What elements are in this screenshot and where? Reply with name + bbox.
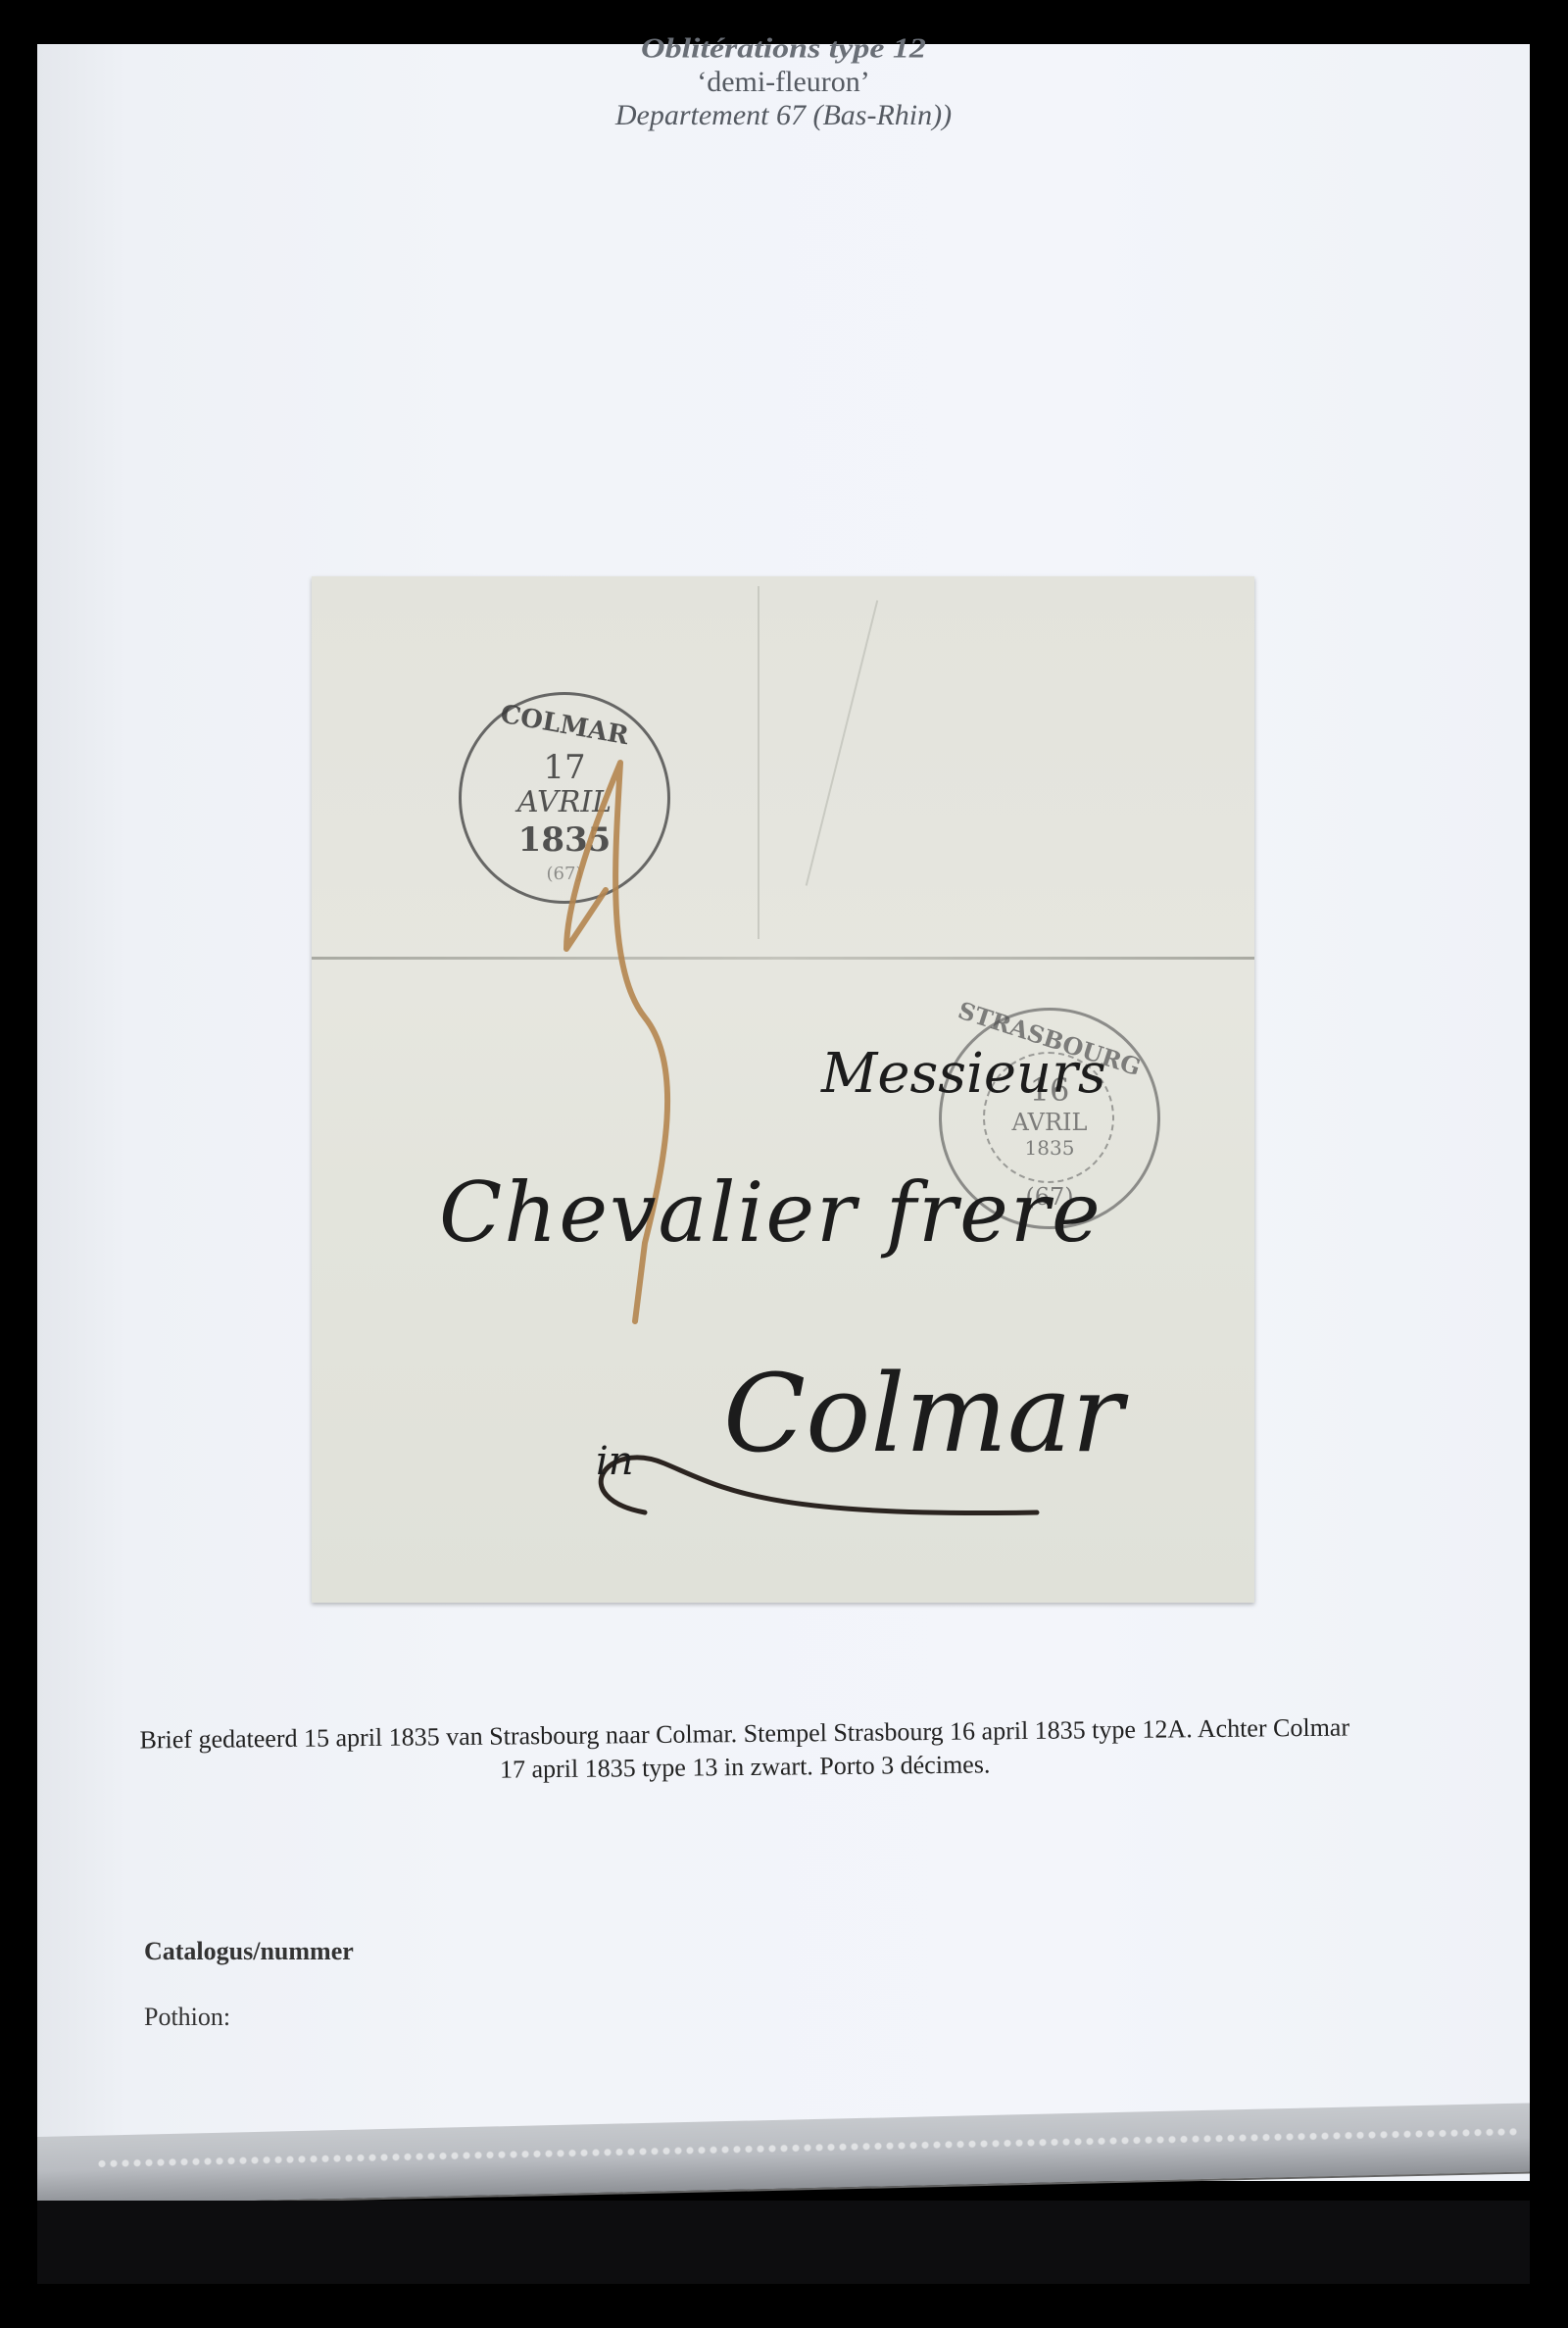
pothion-label: Pothion: xyxy=(144,2003,230,2032)
salutation: Messieurs xyxy=(821,1042,1106,1106)
postmark-department: (67) xyxy=(462,864,667,884)
postmark-year: 1835 xyxy=(942,1136,1157,1160)
flap-edge xyxy=(758,586,759,939)
destination-town: Colmar xyxy=(723,1351,1123,1476)
flap-edge xyxy=(806,600,879,886)
addressee-name: Chevalier frere xyxy=(439,1164,1102,1261)
postmark-month: AVRIL xyxy=(942,1109,1157,1136)
address-prefix: in xyxy=(596,1439,634,1484)
page-department: Departement 67 (Bas-Rhin)) xyxy=(37,99,1530,132)
postmark-colmar: COLMAR 17 AVRIL 1835 (67) xyxy=(459,692,670,904)
item-description: Brief gedateerd 15 april 1835 van Strasb… xyxy=(137,1711,1353,1791)
folded-letter-cover: COLMAR 17 AVRIL 1835 (67) STRASBOURG 16 … xyxy=(312,576,1254,1603)
catalog-number-label: Catalogus/nummer xyxy=(144,1937,354,1966)
postmark-year: 1835 xyxy=(462,820,667,860)
postmark-month: AVRIL xyxy=(462,785,667,819)
background-surface xyxy=(37,2201,1530,2284)
page-title: Oblitérations type 12 xyxy=(37,33,1530,65)
page-subtitle: ‘demi-fleuron’ xyxy=(37,66,1530,99)
sleeve-perforation xyxy=(96,2125,1520,2171)
postmark-day: 17 xyxy=(462,748,667,787)
fold-line xyxy=(312,957,1254,960)
